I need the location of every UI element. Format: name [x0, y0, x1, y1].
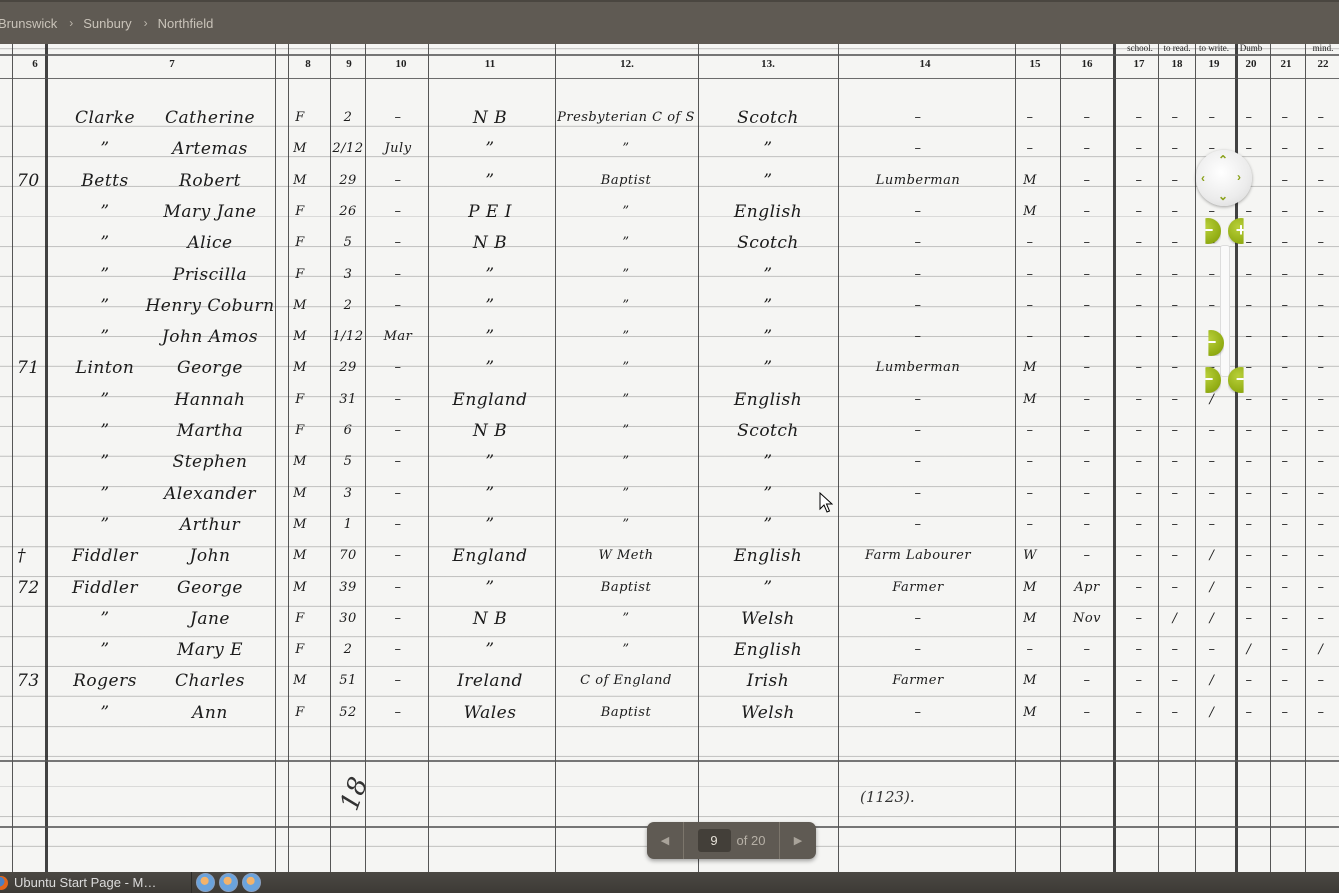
cell-c19: /: [1210, 666, 1215, 696]
cell-occupation: –: [915, 447, 922, 477]
cell-c22: –: [1318, 353, 1325, 383]
cell-age: 26: [339, 197, 357, 227]
cell-c18: –: [1172, 260, 1179, 290]
cell-sex: M: [293, 541, 307, 571]
cell-c21: –: [1282, 604, 1289, 634]
cell-c16: –: [1084, 166, 1091, 196]
cell-c18: –: [1172, 291, 1179, 321]
cell-given: Stephen: [173, 447, 248, 477]
cell-c20: –: [1246, 573, 1253, 603]
cell-c22: –: [1318, 416, 1325, 446]
cell-c17: –: [1136, 479, 1143, 509]
cell-c21: –: [1282, 479, 1289, 509]
cell-sex: M: [293, 447, 307, 477]
cell-c17: –: [1136, 322, 1143, 352]
cell-c19: –: [1209, 479, 1216, 509]
column-caption: to read.: [1164, 44, 1191, 53]
page-total-label: of 20: [737, 833, 766, 848]
cell-c19: /: [1210, 573, 1215, 603]
cell-age: 6: [344, 416, 353, 446]
cell-origin: Scotch: [737, 228, 799, 258]
globe-icon[interactable]: [219, 873, 238, 892]
cell-c19: –: [1209, 635, 1216, 665]
cell-age: 31: [339, 385, 357, 415]
cell-c21: –: [1282, 573, 1289, 603]
column-number-9: 9: [346, 58, 352, 70]
census-row: 71LintonGeorgeM29–”””LumbermanM–––––––: [0, 353, 1339, 383]
cell-month: –: [395, 416, 402, 446]
cell-sex: M: [293, 510, 307, 540]
cell-occupation: –: [915, 228, 922, 258]
cell-surname: ”: [100, 604, 109, 634]
cell-c19: /: [1210, 604, 1215, 634]
cell-given: Alexander: [164, 479, 256, 509]
breadcrumb-item-northfield: Northfield: [158, 16, 214, 31]
cell-c22: –: [1318, 322, 1325, 352]
cell-c16: –: [1084, 635, 1091, 665]
cell-birthplace: ”: [485, 134, 494, 164]
cell-religion: ”: [622, 291, 629, 321]
cell-c18: –: [1172, 353, 1179, 383]
cell-origin: ”: [763, 479, 772, 509]
cell-age: 29: [339, 353, 357, 383]
tally-mark: 18: [335, 773, 375, 814]
globe-icon[interactable]: [196, 873, 215, 892]
cell-c22: –: [1318, 228, 1325, 258]
header-rule: [0, 54, 1339, 56]
cell-given: Priscilla: [173, 260, 247, 290]
column-number-11: 11: [485, 58, 495, 70]
cell-c22: –: [1318, 698, 1325, 728]
cell-c16: –: [1084, 447, 1091, 477]
header-rule: [0, 78, 1339, 79]
cell-given: Henry Coburn: [145, 291, 274, 321]
cell-birthplace: ”: [485, 510, 494, 540]
cell-month: –: [395, 228, 402, 258]
cell-c15: –: [1027, 134, 1034, 164]
cell-family: 73: [17, 666, 40, 696]
breadcrumb-item-brunswick[interactable]: Brunswick: [0, 16, 57, 31]
cell-religion: C of England: [580, 666, 672, 696]
breadcrumb-bar: Brunswick › Sunbury › Northfield: [0, 0, 1339, 44]
cell-religion: ”: [622, 604, 629, 634]
cell-c21: –: [1282, 166, 1289, 196]
cell-occupation: –: [915, 604, 922, 634]
cell-c16: –: [1084, 103, 1091, 133]
cell-c18: –: [1172, 322, 1179, 352]
cell-birthplace: ”: [485, 291, 494, 321]
cell-c20: –: [1246, 510, 1253, 540]
cell-month: –: [395, 604, 402, 634]
cell-month: –: [395, 166, 402, 196]
cell-occupation: Lumberman: [876, 166, 961, 196]
cell-c19: /: [1210, 698, 1215, 728]
cell-c21: –: [1282, 698, 1289, 728]
cell-occupation: –: [915, 197, 922, 227]
cell-birthplace: ”: [485, 479, 494, 509]
cell-c20: –: [1246, 103, 1253, 133]
cell-origin: Scotch: [737, 416, 799, 446]
cell-sex: M: [293, 353, 307, 383]
cell-sex: M: [293, 291, 307, 321]
cell-sex: F: [295, 103, 305, 133]
cell-age: 1/12: [332, 322, 363, 352]
cell-c15: –: [1027, 291, 1034, 321]
cell-sex: F: [295, 385, 305, 415]
cell-c16: –: [1084, 698, 1091, 728]
column-number-22: 22: [1318, 58, 1329, 70]
cell-c21: –: [1282, 510, 1289, 540]
cell-c21: –: [1282, 353, 1289, 383]
census-row: ”Mary EF2–””English––––––/–/: [0, 635, 1339, 665]
cell-month: –: [395, 698, 402, 728]
cell-given: Arthur: [180, 510, 240, 540]
cell-occupation: –: [915, 385, 922, 415]
cell-religion: W Meth: [598, 541, 653, 571]
census-row: ”ArtemasM2/12July”””–––––––––: [0, 134, 1339, 164]
census-row: ”AnnF52–WalesBaptistWelsh–M–––/–––: [0, 698, 1339, 728]
cell-origin: ”: [763, 291, 772, 321]
breadcrumb: Brunswick › Sunbury › Northfield: [0, 16, 213, 31]
census-row: ”StephenM5–”””–––––––––: [0, 447, 1339, 477]
cell-birthplace: England: [452, 385, 527, 415]
cell-c21: –: [1282, 228, 1289, 258]
cell-religion: ”: [622, 228, 629, 258]
cell-family: †: [17, 541, 26, 571]
cell-age: 2: [344, 635, 353, 665]
census-row: ”AliceF5–N B”Scotch–––––––––: [0, 228, 1339, 258]
cell-c16: –: [1084, 666, 1091, 696]
cell-birthplace: ”: [485, 447, 494, 477]
cell-c21: –: [1282, 103, 1289, 133]
cell-sex: M: [293, 479, 307, 509]
cell-origin: English: [734, 541, 802, 571]
cell-surname: ”: [100, 385, 109, 415]
cell-c22: –: [1318, 604, 1325, 634]
zoom-out-button-2[interactable]: −: [1195, 367, 1221, 393]
cell-c16: –: [1084, 134, 1091, 164]
cell-age: 1: [344, 510, 353, 540]
cell-given: Charles: [175, 666, 245, 696]
page-number-input[interactable]: [698, 829, 731, 852]
cell-surname: Betts: [81, 166, 128, 196]
census-row: ”MarthaF6–N B”Scotch–––––––––: [0, 416, 1339, 446]
cell-birthplace: ”: [485, 573, 494, 603]
cell-c21: –: [1282, 416, 1289, 446]
cell-c18: /: [1173, 604, 1178, 634]
cell-given: Robert: [179, 166, 241, 196]
census-row: ”Mary JaneF26–P E I”English–M–––––––: [0, 197, 1339, 227]
cell-c20: –: [1246, 604, 1253, 634]
cell-given: George: [177, 353, 243, 383]
cell-origin: ”: [763, 510, 772, 540]
cell-religion: ”: [622, 134, 629, 164]
cell-age: 2: [344, 291, 353, 321]
cell-c15: M: [1023, 666, 1037, 696]
cell-c17: –: [1136, 134, 1143, 164]
firefox-icon: [0, 876, 8, 890]
column-number-6: 6: [32, 58, 38, 70]
cell-month: –: [395, 197, 402, 227]
cell-c15: –: [1027, 479, 1034, 509]
cell-c16: –: [1084, 541, 1091, 571]
cell-c20: –: [1246, 479, 1253, 509]
cell-given: Martha: [177, 416, 244, 446]
chevron-right-icon: ›: [69, 16, 73, 30]
cell-c22: –: [1318, 447, 1325, 477]
census-row: ”JaneF30–N B”Welsh–MNov–//–––: [0, 604, 1339, 634]
cell-c18: –: [1172, 541, 1179, 571]
cell-sex: M: [293, 573, 307, 603]
cell-c21: –: [1282, 541, 1289, 571]
cell-c22: –: [1318, 479, 1325, 509]
cell-surname: ”: [100, 197, 109, 227]
cell-given: Mary E: [177, 635, 243, 665]
cell-origin: ”: [763, 447, 772, 477]
cell-c17: –: [1136, 510, 1143, 540]
cell-c15: W: [1023, 541, 1037, 571]
cell-month: –: [395, 479, 402, 509]
cell-c18: –: [1172, 197, 1179, 227]
cell-given: Alice: [187, 228, 232, 258]
cell-religion: ”: [622, 510, 629, 540]
pan-down-icon[interactable]: ⌄: [1218, 190, 1228, 202]
column-number-15: 15: [1030, 58, 1041, 70]
page-stamp: (1123).: [860, 788, 915, 806]
cell-sex: M: [293, 322, 307, 352]
cell-surname: ”: [100, 479, 109, 509]
cell-occupation: –: [915, 479, 922, 509]
cell-month: –: [395, 353, 402, 383]
cell-family: 71: [17, 353, 40, 383]
census-row: ”John AmosM1/12Mar”””–––––––––: [0, 322, 1339, 352]
cell-c16: –: [1084, 353, 1091, 383]
cell-c22: –: [1318, 291, 1325, 321]
taskbar-window-button[interactable]: Ubuntu Start Page - M…: [0, 872, 192, 893]
cell-c15: –: [1027, 228, 1034, 258]
cell-month: –: [395, 541, 402, 571]
previous-page-button[interactable]: ◀: [647, 822, 683, 859]
cell-birthplace: N B: [473, 604, 507, 634]
cell-sex: M: [293, 166, 307, 196]
cell-age: 52: [339, 698, 357, 728]
cell-religion: ”: [622, 447, 629, 477]
cell-origin: Scotch: [737, 103, 799, 133]
cell-occupation: –: [915, 103, 922, 133]
cell-occupation: –: [915, 416, 922, 446]
column-number-13: 13.: [761, 58, 775, 70]
cell-birthplace: N B: [473, 416, 507, 446]
cell-c22: –: [1318, 573, 1325, 603]
cell-c22: –: [1318, 134, 1325, 164]
column-number-8: 8: [305, 58, 311, 70]
cell-c15: –: [1027, 635, 1034, 665]
cell-age: 5: [344, 228, 353, 258]
column-number-14: 14: [920, 58, 931, 70]
cell-origin: ”: [763, 322, 772, 352]
next-page-button[interactable]: ▶: [780, 822, 816, 859]
cell-month: –: [395, 666, 402, 696]
breadcrumb-item-sunbury[interactable]: Sunbury: [83, 16, 131, 31]
cell-family: 70: [17, 166, 40, 196]
cell-c21: –: [1282, 134, 1289, 164]
census-row: ”HannahF31–England”English–M–––/–––: [0, 385, 1339, 415]
cell-c15: M: [1023, 197, 1037, 227]
pan-up-icon[interactable]: ⌃: [1218, 154, 1228, 166]
cell-surname: ”: [100, 635, 109, 665]
globe-icon[interactable]: [242, 873, 261, 892]
cell-c17: –: [1136, 541, 1143, 571]
zoom-controls: ⌃ ⌄ ‹ › − + − − −: [1192, 150, 1256, 400]
cell-occupation: –: [915, 698, 922, 728]
cell-c19: /: [1210, 541, 1215, 571]
cell-given: John Amos: [162, 322, 258, 352]
cell-c17: –: [1136, 228, 1143, 258]
cell-c20: /: [1247, 635, 1252, 665]
column-number-17: 17: [1134, 58, 1145, 70]
cell-c16: –: [1084, 291, 1091, 321]
cell-surname: ”: [100, 134, 109, 164]
cell-religion: ”: [622, 635, 629, 665]
cell-c22: –: [1318, 103, 1325, 133]
cell-surname: ”: [100, 416, 109, 446]
cell-surname: ”: [100, 291, 109, 321]
cell-occupation: Farmer: [892, 573, 943, 603]
pan-left-icon[interactable]: ‹: [1201, 172, 1205, 184]
zoom-in-button[interactable]: +: [1228, 218, 1254, 244]
cell-religion: ”: [622, 197, 629, 227]
cell-occupation: –: [915, 322, 922, 352]
cell-origin: ”: [763, 260, 772, 290]
census-document-image[interactable]: 6789101112.13.141516171819202122school.t…: [0, 44, 1339, 872]
cell-c16: Apr: [1074, 573, 1099, 603]
cell-birthplace: ”: [485, 635, 494, 665]
cell-c17: –: [1136, 353, 1143, 383]
cell-occupation: Farm Labourer: [865, 541, 971, 571]
cell-c17: –: [1136, 103, 1143, 133]
cell-origin: English: [734, 197, 802, 227]
cell-birthplace: P E I: [468, 197, 512, 227]
mouse-pointer-icon: [819, 492, 833, 514]
cell-given: Catherine: [165, 103, 255, 133]
zoom-level-button[interactable]: −: [1198, 330, 1224, 356]
cell-c16: –: [1084, 479, 1091, 509]
cell-c18: –: [1172, 666, 1179, 696]
cell-surname: Rogers: [73, 666, 137, 696]
cell-month: –: [395, 573, 402, 603]
zoom-out-button-3[interactable]: −: [1228, 367, 1254, 393]
cell-age: 2: [344, 103, 353, 133]
cell-c17: –: [1136, 666, 1143, 696]
cell-c15: –: [1027, 416, 1034, 446]
cell-c17: –: [1136, 698, 1143, 728]
cell-c20: –: [1246, 541, 1253, 571]
cell-c17: –: [1136, 385, 1143, 415]
cell-c22: –: [1318, 166, 1325, 196]
cell-month: –: [395, 447, 402, 477]
cell-sex: F: [295, 416, 305, 446]
cell-origin: English: [734, 635, 802, 665]
cell-religion: ”: [622, 260, 629, 290]
cell-birthplace: Ireland: [457, 666, 523, 696]
cell-religion: ”: [622, 385, 629, 415]
column-number-16: 16: [1082, 58, 1093, 70]
cell-given: Artemas: [172, 134, 248, 164]
cell-c20: –: [1246, 666, 1253, 696]
cell-c20: –: [1246, 698, 1253, 728]
cell-c18: –: [1172, 416, 1179, 446]
cell-religion: Presbyterian C of S: [557, 103, 695, 133]
cell-religion: ”: [622, 322, 629, 352]
triangle-right-icon: ▶: [794, 834, 802, 847]
cell-c16: –: [1084, 385, 1091, 415]
cell-c18: –: [1172, 134, 1179, 164]
cell-origin: ”: [763, 166, 772, 196]
cell-surname: ”: [100, 447, 109, 477]
cell-origin: ”: [763, 573, 772, 603]
column-number-20: 20: [1246, 58, 1257, 70]
cell-c21: –: [1282, 322, 1289, 352]
cell-c21: –: [1282, 447, 1289, 477]
cell-given: Hannah: [175, 385, 246, 415]
cell-sex: M: [293, 134, 307, 164]
cell-c18: –: [1172, 228, 1179, 258]
cell-age: 3: [344, 479, 353, 509]
census-row: 72FiddlerGeorgeM39–”Baptist”FarmerMApr––…: [0, 573, 1339, 603]
cell-birthplace: ”: [485, 322, 494, 352]
column-caption: school.: [1127, 44, 1153, 53]
cell-c19: –: [1209, 447, 1216, 477]
cell-c15: M: [1023, 353, 1037, 383]
cell-month: –: [395, 260, 402, 290]
census-row: 73RogersCharlesM51–IrelandC of EnglandIr…: [0, 666, 1339, 696]
cell-c18: –: [1172, 103, 1179, 133]
cell-birthplace: N B: [473, 228, 507, 258]
cell-c15: M: [1023, 166, 1037, 196]
cell-c20: –: [1246, 416, 1253, 446]
cell-religion: ”: [622, 416, 629, 446]
cell-c22: –: [1318, 666, 1325, 696]
zoom-out-button[interactable]: −: [1195, 218, 1221, 244]
cell-c17: –: [1136, 166, 1143, 196]
column-caption: mind.: [1313, 44, 1334, 53]
cell-c15: M: [1023, 604, 1037, 634]
cell-sex: M: [293, 666, 307, 696]
zoom-slider[interactable]: [1220, 245, 1230, 377]
cell-origin: ”: [763, 134, 772, 164]
census-row: ”AlexanderM3–”””–––––––––: [0, 479, 1339, 509]
cell-c16: –: [1084, 322, 1091, 352]
census-row: 70BettsRobertM29–”Baptist”LumbermanM––––…: [0, 166, 1339, 196]
cell-c21: –: [1282, 197, 1289, 227]
cell-origin: ”: [763, 353, 772, 383]
cell-c17: –: [1136, 416, 1143, 446]
cell-c22: –: [1318, 541, 1325, 571]
cell-c17: –: [1136, 573, 1143, 603]
cell-c21: –: [1282, 635, 1289, 665]
column-caption: Dumb: [1240, 44, 1263, 53]
cell-c15: M: [1023, 573, 1037, 603]
cell-surname: Clarke: [75, 103, 135, 133]
pan-control[interactable]: ⌃ ⌄ ‹ ›: [1196, 150, 1252, 206]
cell-age: 2/12: [332, 134, 363, 164]
cell-month: –: [395, 103, 402, 133]
cell-age: 5: [344, 447, 353, 477]
pan-right-icon[interactable]: ›: [1237, 171, 1241, 183]
cell-sex: F: [295, 197, 305, 227]
cell-age: 30: [339, 604, 357, 634]
cell-c15: M: [1023, 385, 1037, 415]
